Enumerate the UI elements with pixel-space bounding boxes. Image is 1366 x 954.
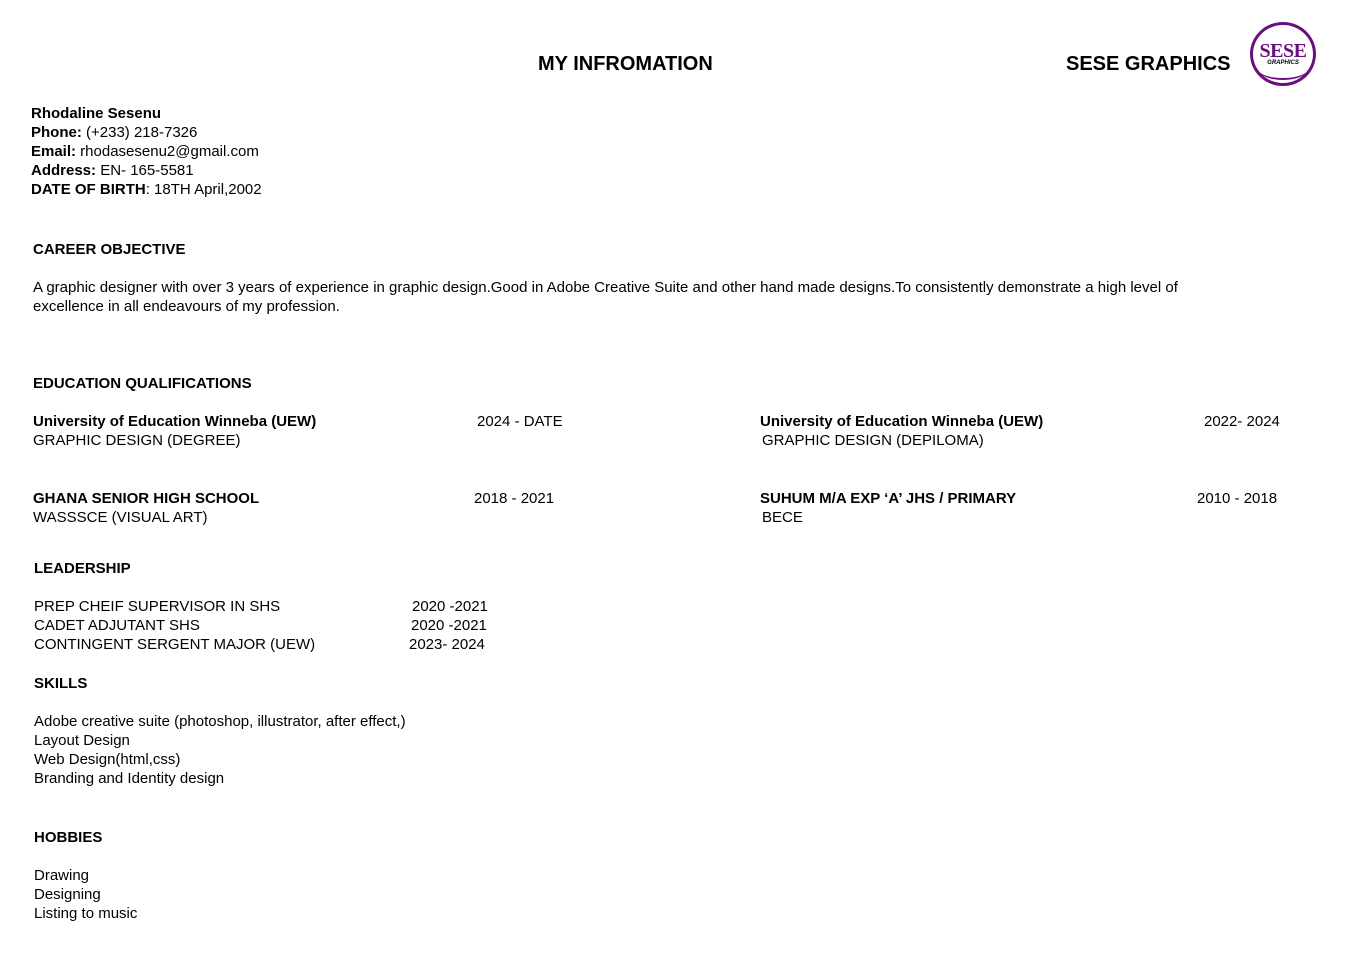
education-dates: 2010 - 2018 xyxy=(1197,489,1277,508)
skill-item: Web Design(html,css) xyxy=(34,750,406,769)
email-value: rhodasesenu2@gmail.com xyxy=(76,143,259,160)
personal-info: Rhodaline Sesenu Phone: (+233) 218-7326 … xyxy=(31,104,262,199)
page-title: MY INFROMATION xyxy=(538,52,713,76)
leadership-role: PREP CHEIF SUPERVISOR IN SHS xyxy=(34,597,280,616)
hobby-item: Designing xyxy=(34,885,137,904)
full-name: Rhodaline Sesenu xyxy=(31,104,262,123)
education-qualification: BECE xyxy=(762,508,803,527)
career-heading: CAREER OBJECTIVE xyxy=(33,240,186,259)
leadership-role: CADET ADJUTANT SHS xyxy=(34,616,200,635)
email-row: Email: rhodasesenu2@gmail.com xyxy=(31,142,262,161)
phone-value: (+233) 218-7326 xyxy=(82,124,198,141)
education-qualification: WASSSCE (VISUAL ART) xyxy=(33,508,208,527)
phone-row: Phone: (+233) 218-7326 xyxy=(31,123,262,142)
leadership-dates: 2020 -2021 xyxy=(411,616,487,635)
education-dates: 2018 - 2021 xyxy=(474,489,554,508)
hobbies-heading: HOBBIES xyxy=(34,828,102,847)
hobby-item: Listing to music xyxy=(34,904,137,923)
dob-row: DATE OF BIRTH: 18TH April,2002 xyxy=(31,180,262,199)
education-heading: EDUCATION QUALIFICATIONS xyxy=(33,374,252,393)
education-school: GHANA SENIOR HIGH SCHOOL xyxy=(33,489,259,508)
education-qualification: GRAPHIC DESIGN (DEGREE) xyxy=(33,431,241,450)
career-text-line-1: A graphic designer with over 3 years of … xyxy=(33,278,1178,297)
logo-main-text: SESE xyxy=(1260,42,1307,60)
skills-list: Adobe creative suite (photoshop, illustr… xyxy=(34,712,406,788)
education-school: SUHUM M/A EXP ‘A’ JHS / PRIMARY xyxy=(760,489,1016,508)
address-value: EN- 165-5581 xyxy=(96,162,194,179)
skill-item: Branding and Identity design xyxy=(34,769,406,788)
dob-value: : 18TH April,2002 xyxy=(146,181,262,198)
leadership-dates: 2020 -2021 xyxy=(412,597,488,616)
skills-heading: SKILLS xyxy=(34,674,87,693)
career-text-line-2: excellence in all endeavours of my profe… xyxy=(33,297,340,316)
leadership-role: CONTINGENT SERGENT MAJOR (UEW) xyxy=(34,635,315,654)
education-school: University of Education Winneba (UEW) xyxy=(33,412,316,431)
hobby-item: Drawing xyxy=(34,866,137,885)
dob-label: DATE OF BIRTH xyxy=(31,181,146,198)
leadership-dates: 2023- 2024 xyxy=(409,635,485,654)
sese-graphics-logo-icon: SESE GRAPHICS xyxy=(1250,22,1316,86)
education-dates: 2022- 2024 xyxy=(1204,412,1280,431)
leadership-heading: LEADERSHIP xyxy=(34,559,131,578)
brand-name: SESE GRAPHICS xyxy=(1066,52,1230,76)
hobbies-list: Drawing Designing Listing to music xyxy=(34,866,137,923)
address-row: Address: EN- 165-5581 xyxy=(31,161,262,180)
skill-item: Layout Design xyxy=(34,731,406,750)
skill-item: Adobe creative suite (photoshop, illustr… xyxy=(34,712,406,731)
logo-arc xyxy=(1258,58,1308,80)
education-qualification: GRAPHIC DESIGN (DEPILOMA) xyxy=(762,431,984,450)
education-dates: 2024 - DATE xyxy=(477,412,563,431)
address-label: Address: xyxy=(31,162,96,179)
phone-label: Phone: xyxy=(31,124,82,141)
education-school: University of Education Winneba (UEW) xyxy=(760,412,1043,431)
email-label: Email: xyxy=(31,143,76,160)
